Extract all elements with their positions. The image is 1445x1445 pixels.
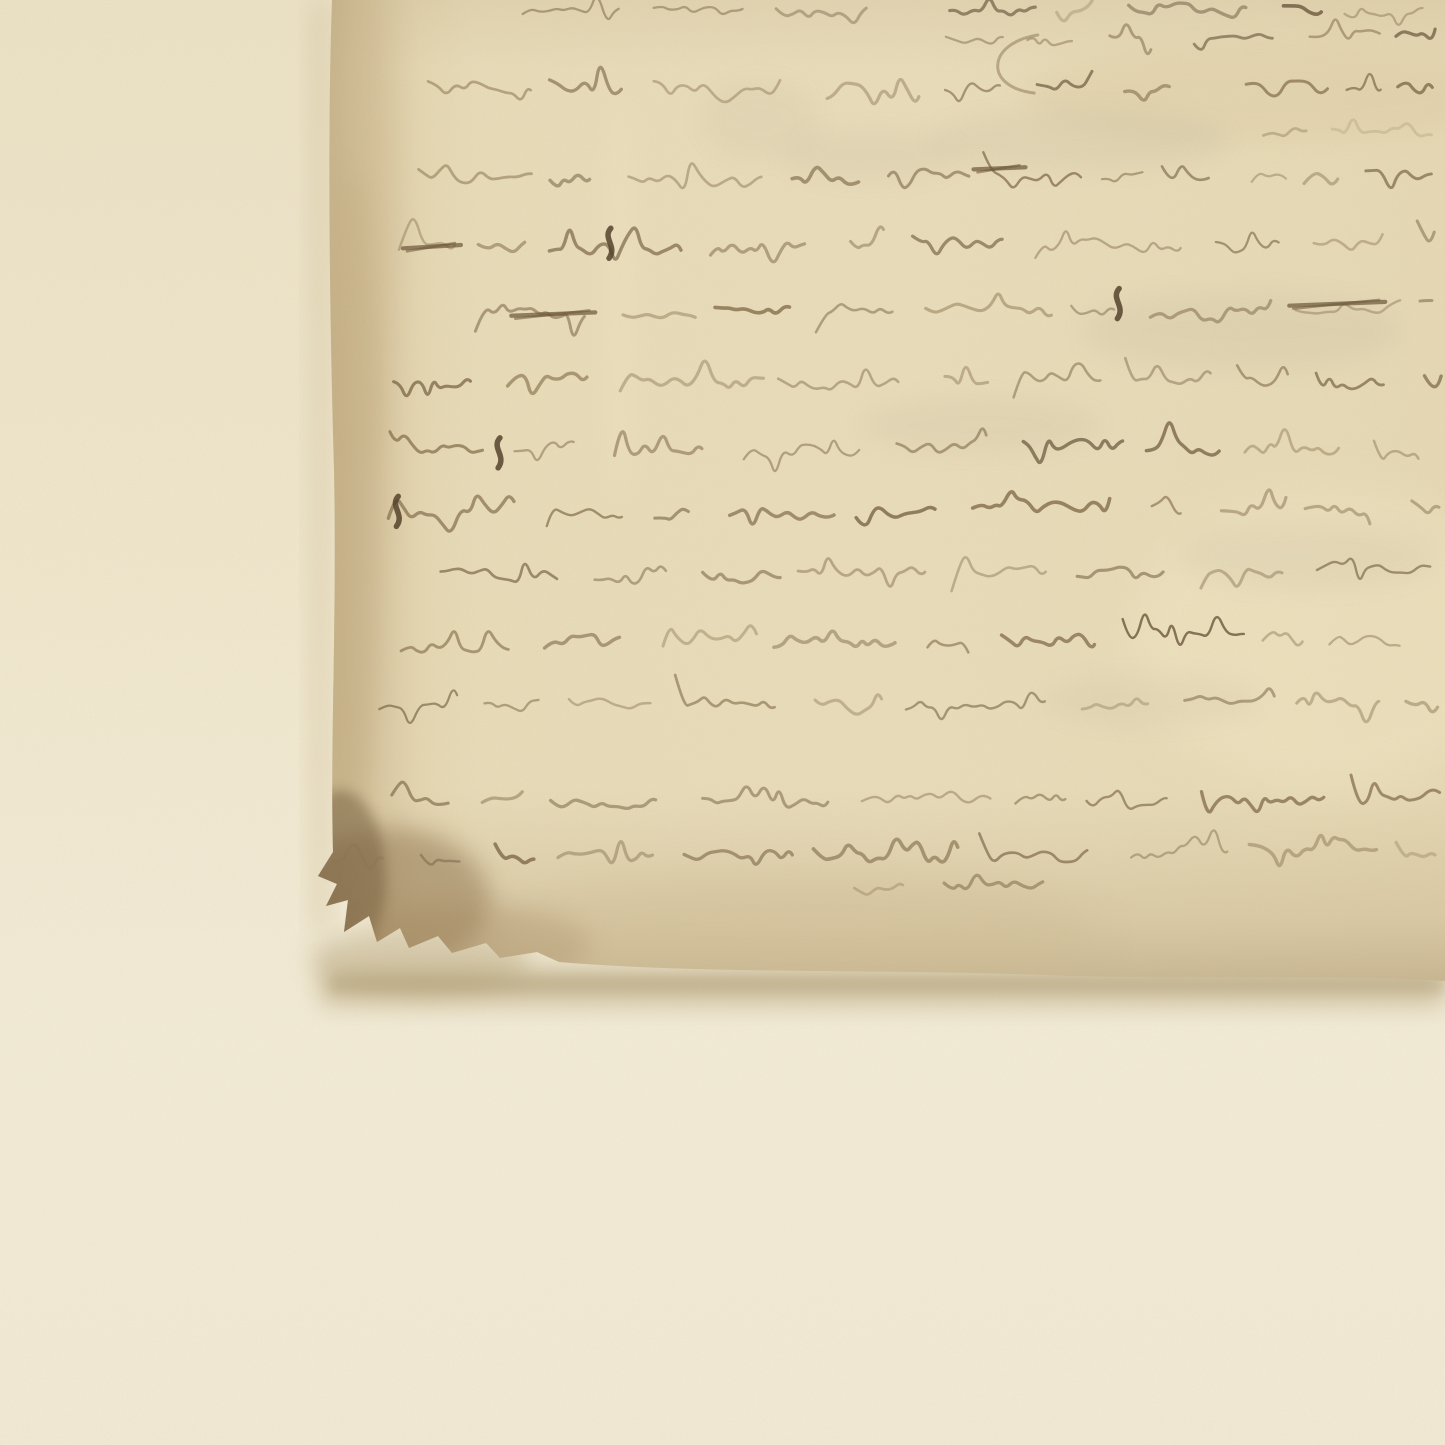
manuscript-photograph [0, 0, 1445, 1445]
paper-grain [0, 0, 1445, 1445]
manuscript-photo-canvas [0, 0, 1445, 1445]
